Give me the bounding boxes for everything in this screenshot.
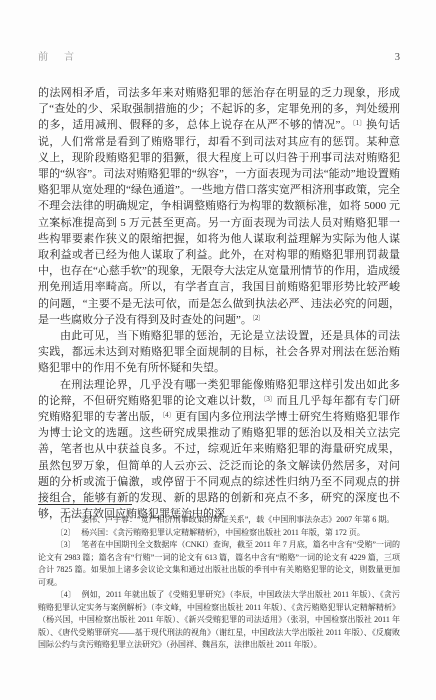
book-page: 前 言 3 的法网相矛盾，司法多年来对贿赂犯罪的惩治存在明显的乏力现象，形成了“… bbox=[0, 0, 436, 700]
paragraph: 由此可见，当下贿赂犯罪的惩治，无论是立法设置，还是具体的司法实践，都远未达到对贿… bbox=[38, 328, 400, 377]
footnote-item: 〔1〕姜伟、卢宇蓉：“宽严相济刑事政策的辩证关系”，载《中国刑事法杂志》2007… bbox=[38, 514, 400, 527]
footnote-item: 〔4〕例如，2011 年就出版了《受贿犯罪研究》（李辰，中国政法大学出版社 20… bbox=[38, 589, 400, 652]
footnote-item: 〔2〕杨兴国：《贪污贿赂犯罪认定精解精析》，中国检察出版社 2011 年版，第 … bbox=[38, 527, 400, 540]
footnote-ref: 〔2〕 bbox=[252, 314, 265, 322]
page-header: 前 言 3 bbox=[38, 48, 400, 61]
footnote-label: 〔2〕 bbox=[56, 528, 76, 537]
paragraph: 在刑法理论界，几乎没有哪一类犯罪能像贿赂犯罪这样引发出如此多的论辩，不但研究贿赂… bbox=[38, 377, 400, 523]
footnote-item: 〔3〕笔者在中国期刊全文数据库（CNKI）查询，截至 2011 年 7 月底，篇… bbox=[38, 539, 400, 589]
footnote-section: 〔1〕姜伟、卢宇蓉：“宽严相济刑事政策的辩证关系”，载《中国刑事法杂志》2007… bbox=[38, 504, 400, 652]
footnote-ref: 〔4〕 bbox=[162, 411, 175, 419]
footnote-ref: 〔1〕 bbox=[352, 119, 366, 127]
running-title: 前 言 bbox=[38, 48, 77, 63]
paragraph: 的法网相矛盾，司法多年来对贿赂犯罪的惩治存在明显的乏力现象，形成了“查处的少、采… bbox=[38, 85, 400, 328]
page-number: 3 bbox=[395, 52, 400, 63]
footnote-divider bbox=[38, 504, 132, 505]
footnote-ref: 〔3〕 bbox=[263, 395, 276, 403]
footnote-list: 〔1〕姜伟、卢宇蓉：“宽严相济刑事政策的辩证关系”，载《中国刑事法杂志》2007… bbox=[38, 514, 400, 652]
footnote-label: 〔1〕 bbox=[56, 515, 76, 524]
footnote-label: 〔4〕 bbox=[56, 590, 76, 599]
body-text: 的法网相矛盾，司法多年来对贿赂犯罪的惩治存在明显的乏力现象，形成了“查处的少、采… bbox=[38, 85, 400, 522]
footnote-label: 〔3〕 bbox=[56, 540, 76, 549]
